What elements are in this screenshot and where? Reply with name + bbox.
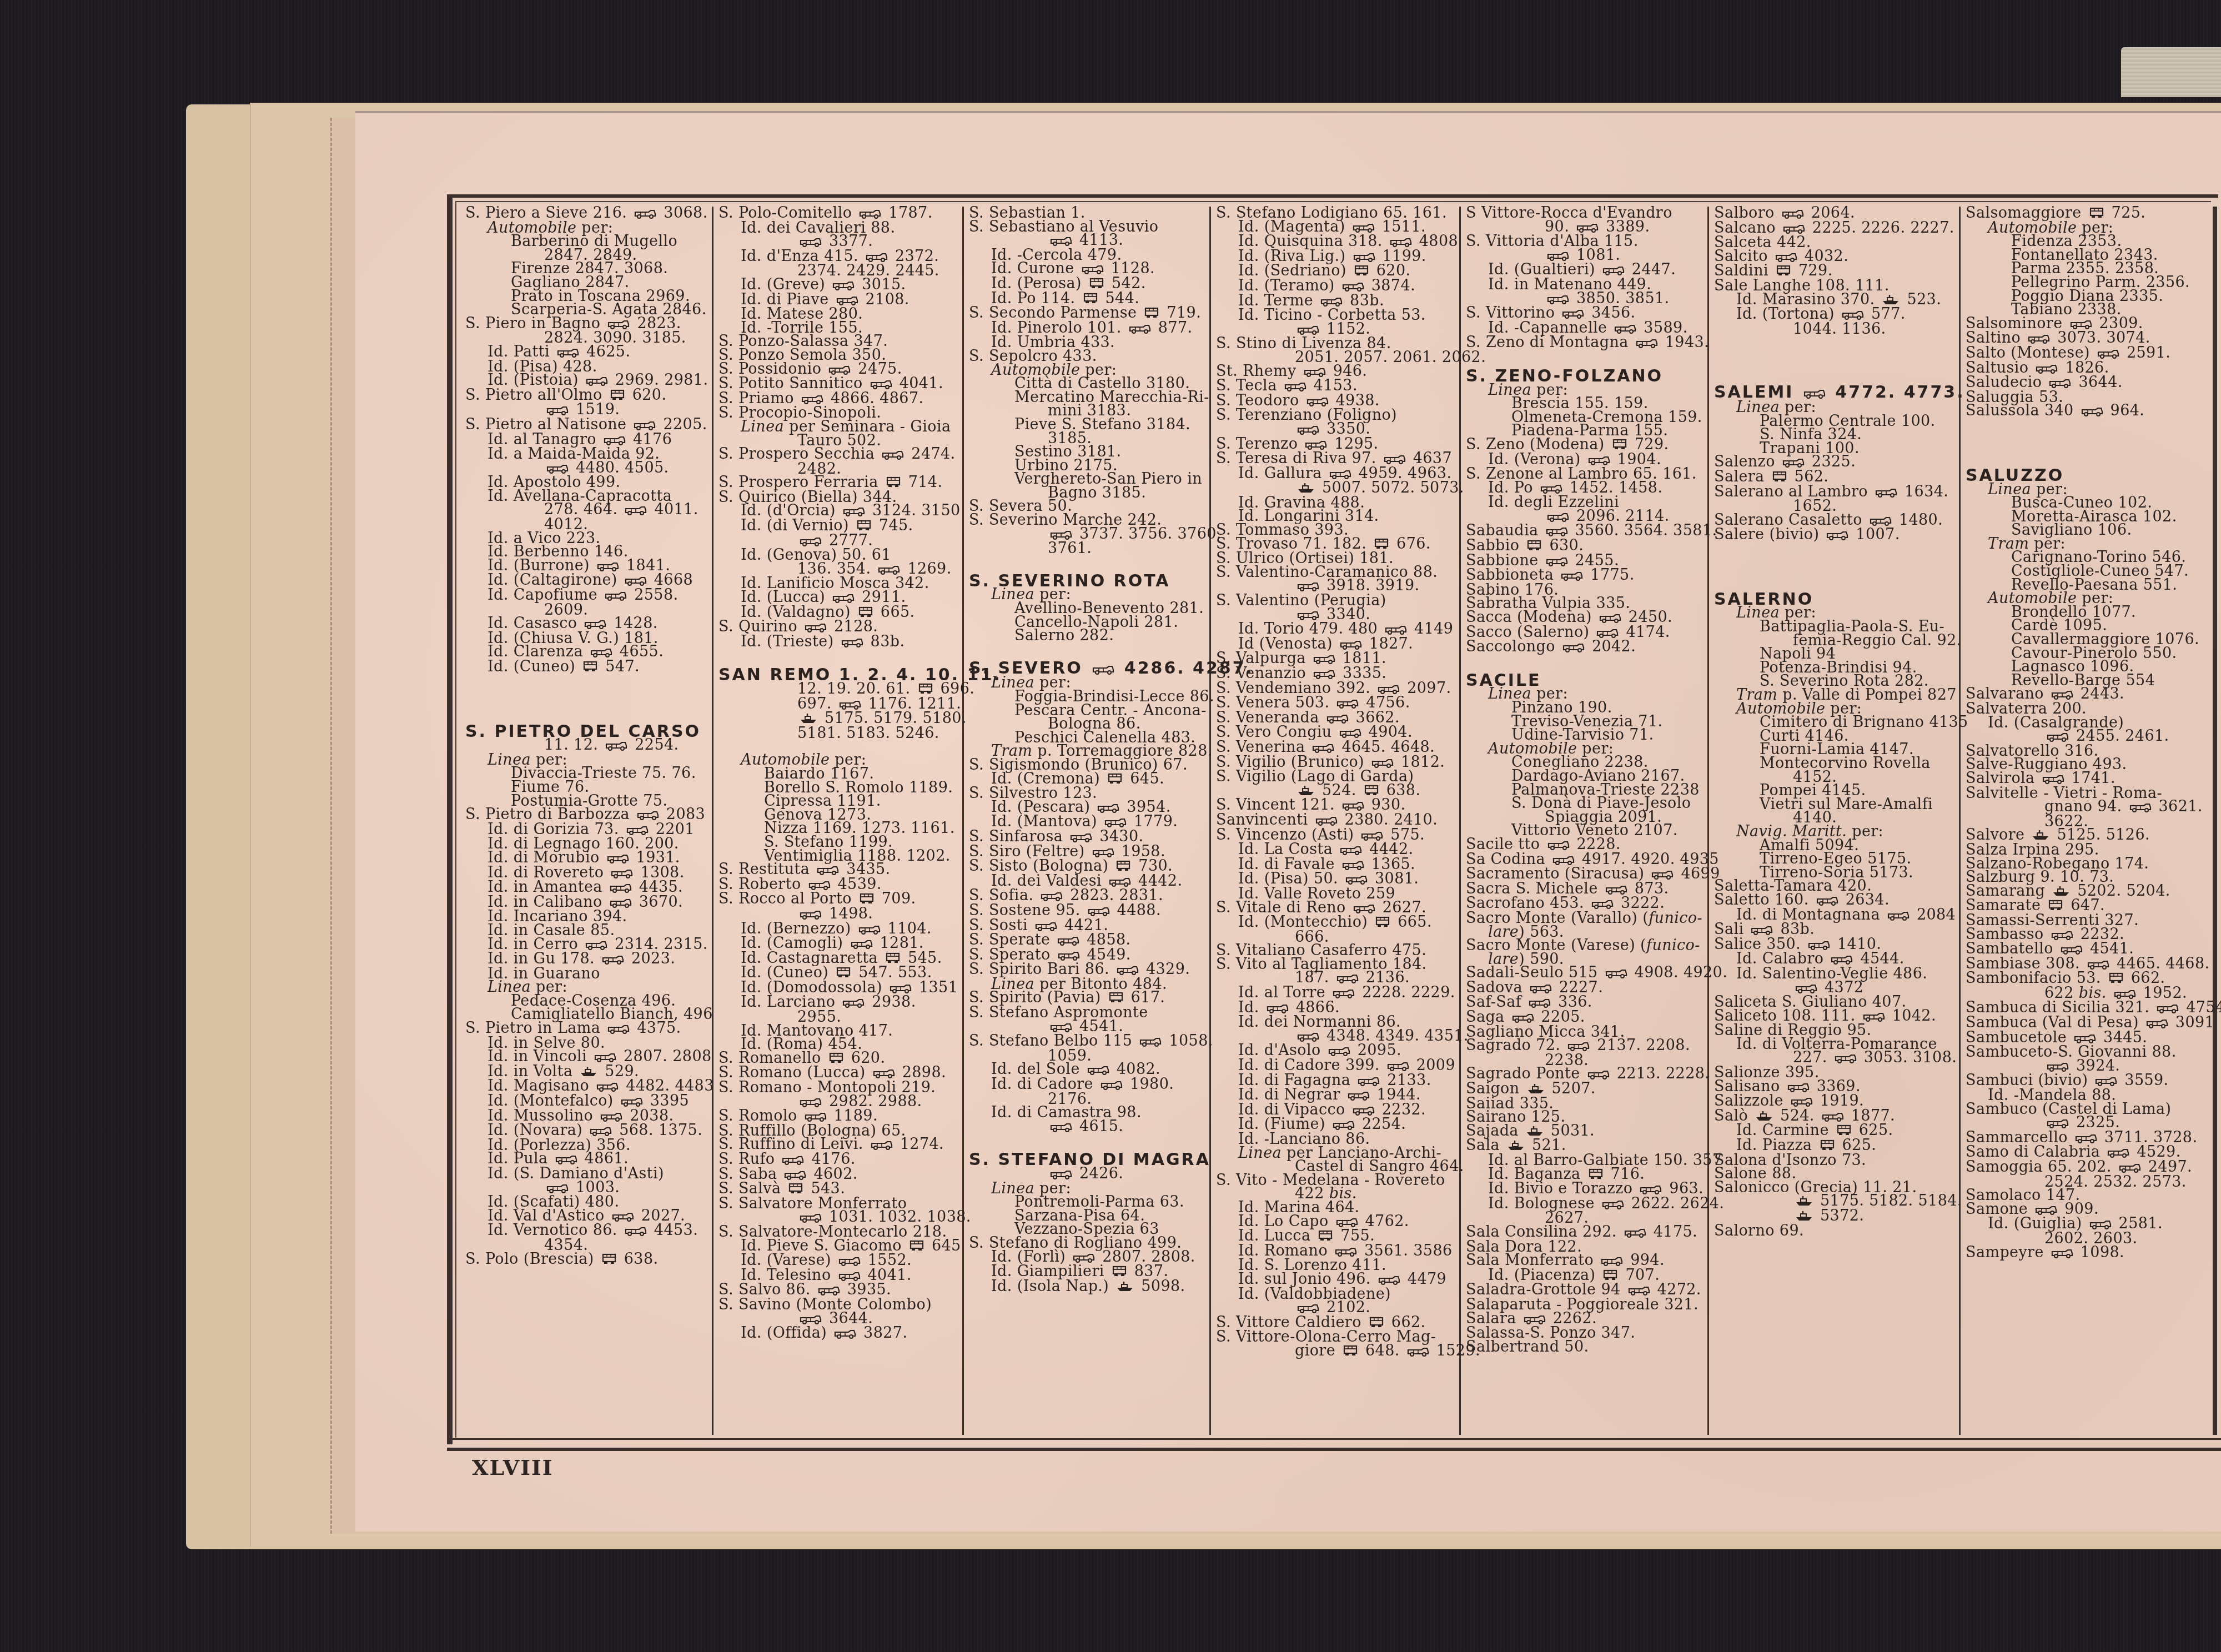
bus-icon [1530, 982, 1552, 996]
bus-icon [882, 449, 904, 463]
continuation-line: 4615. [964, 1120, 1209, 1135]
bus-icon [1826, 529, 1848, 543]
bus-icon [1129, 323, 1151, 337]
spacer [1961, 419, 2211, 450]
bus-icon [1342, 859, 1364, 873]
bus-icon [842, 997, 865, 1011]
bus-icon [1092, 663, 1114, 677]
continuation-line: giore 648. 1529. [1212, 1344, 1458, 1359]
index-column-5: S Vittore-Rocca d'Evandro90. 3389.S. Vit… [1461, 207, 1707, 1437]
destination-line: Salerno 282. [964, 629, 1209, 643]
spacer [1710, 543, 1958, 574]
index-entry: Salorno 69. [1710, 1224, 1958, 1238]
bus-icon [834, 1328, 856, 1342]
index-entry: S. Polo (Brescia) 638. [461, 1253, 711, 1268]
index-entry: S. Vito al Tagliamento 184. [1212, 958, 1458, 972]
bus-icon [841, 636, 863, 650]
bus-icon [625, 504, 647, 518]
bus-icon [607, 1023, 630, 1037]
bus-icon [838, 1255, 861, 1269]
index-sub-entry: Id. (Montecchio) 665. [1212, 916, 1458, 931]
index-sub-entry: Id. (Trieste) 83b. [714, 635, 961, 650]
bus-icon [607, 852, 629, 866]
bus-icon [800, 1096, 822, 1110]
bus-icon [610, 882, 632, 896]
column-rule [712, 207, 713, 1435]
index-sub-entry: Id. (Isola Nap.) 5098. [964, 1280, 1209, 1295]
column-rule [962, 207, 964, 1435]
tram-icon [1375, 916, 1390, 931]
bus-icon [1050, 1121, 1072, 1135]
bus-icon [634, 208, 656, 222]
column-rule [1209, 207, 1211, 1435]
italic-label: Linea [741, 418, 784, 435]
bus-icon [1636, 337, 1658, 351]
tram-icon [601, 1253, 617, 1268]
italic-label: Linea [1238, 1144, 1282, 1162]
continuation-line: 1044. 1136. [1710, 323, 1958, 337]
bus-icon [1313, 653, 1335, 667]
bus-icon [1562, 641, 1585, 655]
index-entry: S. Zeno di Montagna 1943. [1461, 336, 1707, 351]
index-column-1: S. Piero a Sieve 216. 3068.Automobile pe… [461, 207, 711, 1437]
bus-icon [1547, 511, 1569, 525]
tram-icon [1107, 772, 1123, 787]
italic-label: funico- [1646, 937, 1700, 954]
index-sub-entry: Id. (Offida) 3827. [714, 1327, 961, 1342]
index-entry: Salere (bivio) 1007. [1710, 528, 1958, 543]
italic-label: funico- [1649, 910, 1702, 927]
bus-icon [1875, 486, 1897, 500]
bus-icon [1547, 839, 1570, 853]
continuation-line: 3761. [964, 542, 1209, 556]
index-entry: Sampeyre 1098. [1961, 1246, 2211, 1261]
index-column-4: S. Stefano Lodigiano 65. 161.Id. (Magent… [1212, 207, 1458, 1437]
bus-icon [1101, 1079, 1123, 1093]
bus-icon [605, 740, 627, 754]
bus-icon [1787, 1081, 1810, 1095]
bus-icon [1348, 1089, 1370, 1103]
column-rule [1459, 207, 1461, 1435]
bus-icon [625, 1225, 647, 1239]
bus-icon [871, 1139, 893, 1153]
ship-icon [1116, 1281, 1134, 1295]
index-sub-entry: Id. (Cuneo) 547. [461, 660, 711, 675]
bus-icon [1407, 1345, 1429, 1359]
index-column-7: Salsomaggiore 725.Automobile per:Fidenza… [1961, 207, 2211, 1437]
spacer [461, 675, 711, 706]
book-page-edges [2121, 47, 2221, 97]
index-entry: Salussola 340 964. [1961, 404, 2211, 419]
bus-icon [1602, 1198, 1624, 1212]
index-entry: Salbertrand 50. [1461, 1340, 1707, 1354]
bus-icon [832, 279, 855, 293]
bus-icon [2051, 1247, 2073, 1261]
bus-icon [1605, 967, 1627, 981]
tram-icon [1343, 1344, 1358, 1359]
column-rule [1707, 207, 1709, 1435]
bus-icon [1887, 910, 1910, 923]
page-number: XLVIII [472, 1455, 554, 1480]
spacer [1710, 336, 1958, 367]
bus-icon [1599, 612, 1621, 626]
bus-icon [1624, 1227, 1646, 1241]
bus-icon [2129, 801, 2152, 815]
bus-icon [1057, 935, 1079, 948]
bus-icon [611, 867, 633, 881]
bus-icon [784, 1169, 806, 1183]
bus-icon [1782, 208, 1804, 222]
bus-icon [605, 590, 627, 604]
bus-icon [1835, 1052, 1857, 1066]
index-column-6: Salboro 2064.Salcano 2225. 2226. 2227.Sa… [1710, 207, 1958, 1437]
bus-icon [1561, 570, 1583, 584]
ship-icon [1795, 1196, 1813, 1209]
tram-icon [1115, 860, 1131, 875]
page-frame-right [2213, 207, 2217, 1435]
bus-icon [1336, 972, 1359, 986]
bus-icon [1340, 844, 1362, 858]
index-column-2: S. Polo-Comitello 1787.Id. dei Cavalieri… [714, 207, 961, 1437]
index-column-3: S. Sebastian 1.S. Sebastiano al Vesuvio … [964, 207, 1209, 1437]
page-frame-bottom-rule [447, 1438, 2221, 1451]
bus-icon [602, 953, 624, 967]
bus-icon [782, 1154, 804, 1168]
tram-icon [582, 660, 598, 675]
bus-icon [1139, 1036, 1162, 1050]
continuation-line: 5181. 5183. 5246. [714, 727, 961, 741]
index-entry: Saccolongo 2042. [1461, 640, 1707, 655]
index-entry: S Vittore-Rocca d'Evandro [1461, 207, 1707, 220]
bus-icon [2081, 405, 2103, 419]
bus-icon [2146, 1017, 2168, 1031]
